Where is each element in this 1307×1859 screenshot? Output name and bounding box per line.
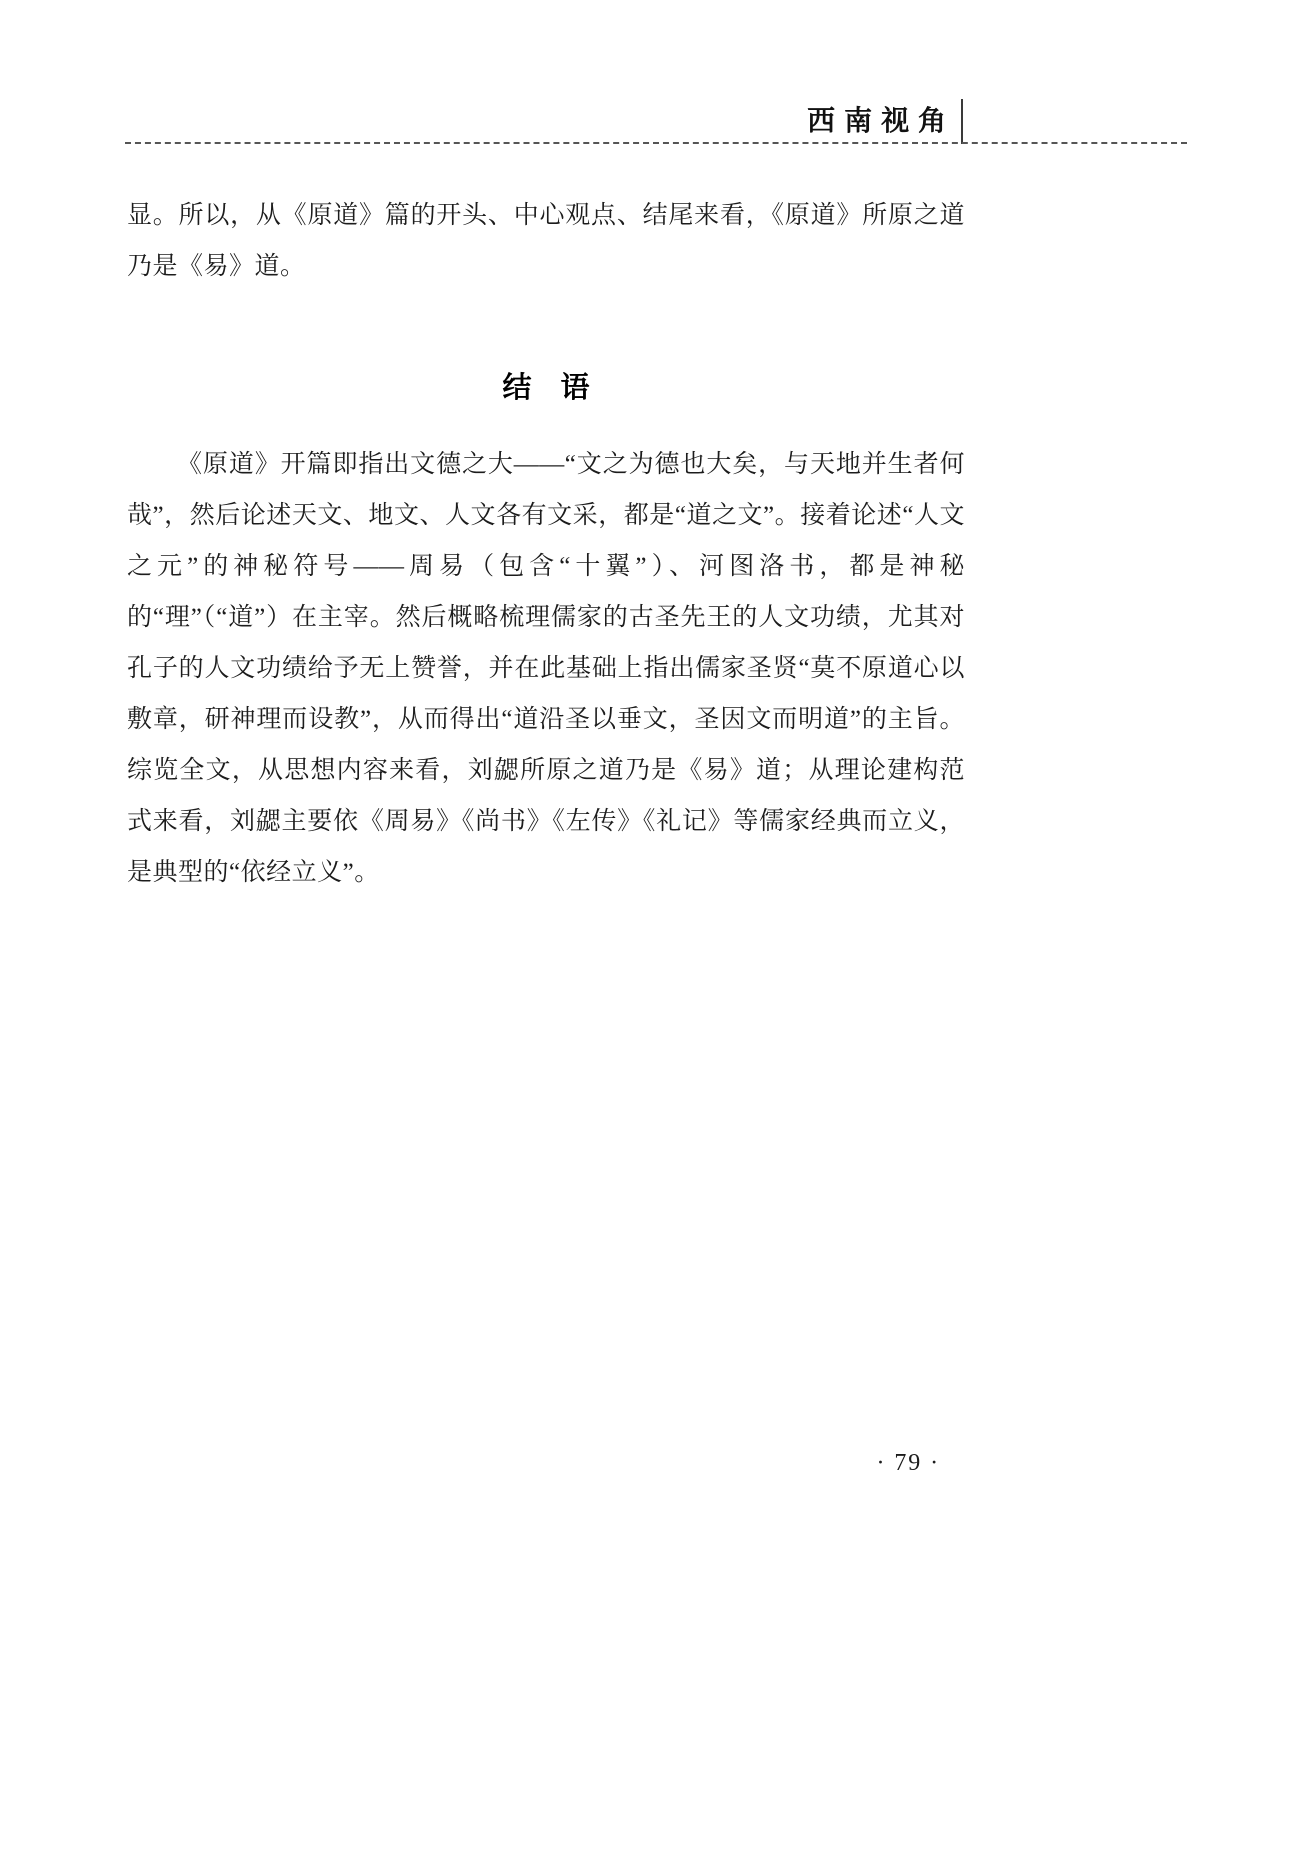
- page-number: · 79 ·: [876, 1447, 940, 1479]
- header-vertical-rule: [961, 99, 963, 144]
- section-heading: 结 语: [127, 368, 965, 408]
- header-dashed-divider: [125, 142, 1187, 144]
- paragraph-continuation: 显。所以，从《原道》篇的开头、中心观点、结尾来看，《原道》所原之道乃是《易》道。: [127, 190, 965, 292]
- document-page: 西南视角 显。所以，从《原道》篇的开头、中心观点、结尾来看，《原道》所原之道乃是…: [0, 0, 1307, 1859]
- running-head-title: 西南视角: [807, 102, 955, 142]
- text-body: 显。所以，从《原道》篇的开头、中心观点、结尾来看，《原道》所原之道乃是《易》道。…: [127, 190, 965, 898]
- paragraph-conclusion: 《原道》开篇即指出文德之大——“文之为德也大矣，与天地并生者何哉”，然后论述天文…: [127, 439, 965, 898]
